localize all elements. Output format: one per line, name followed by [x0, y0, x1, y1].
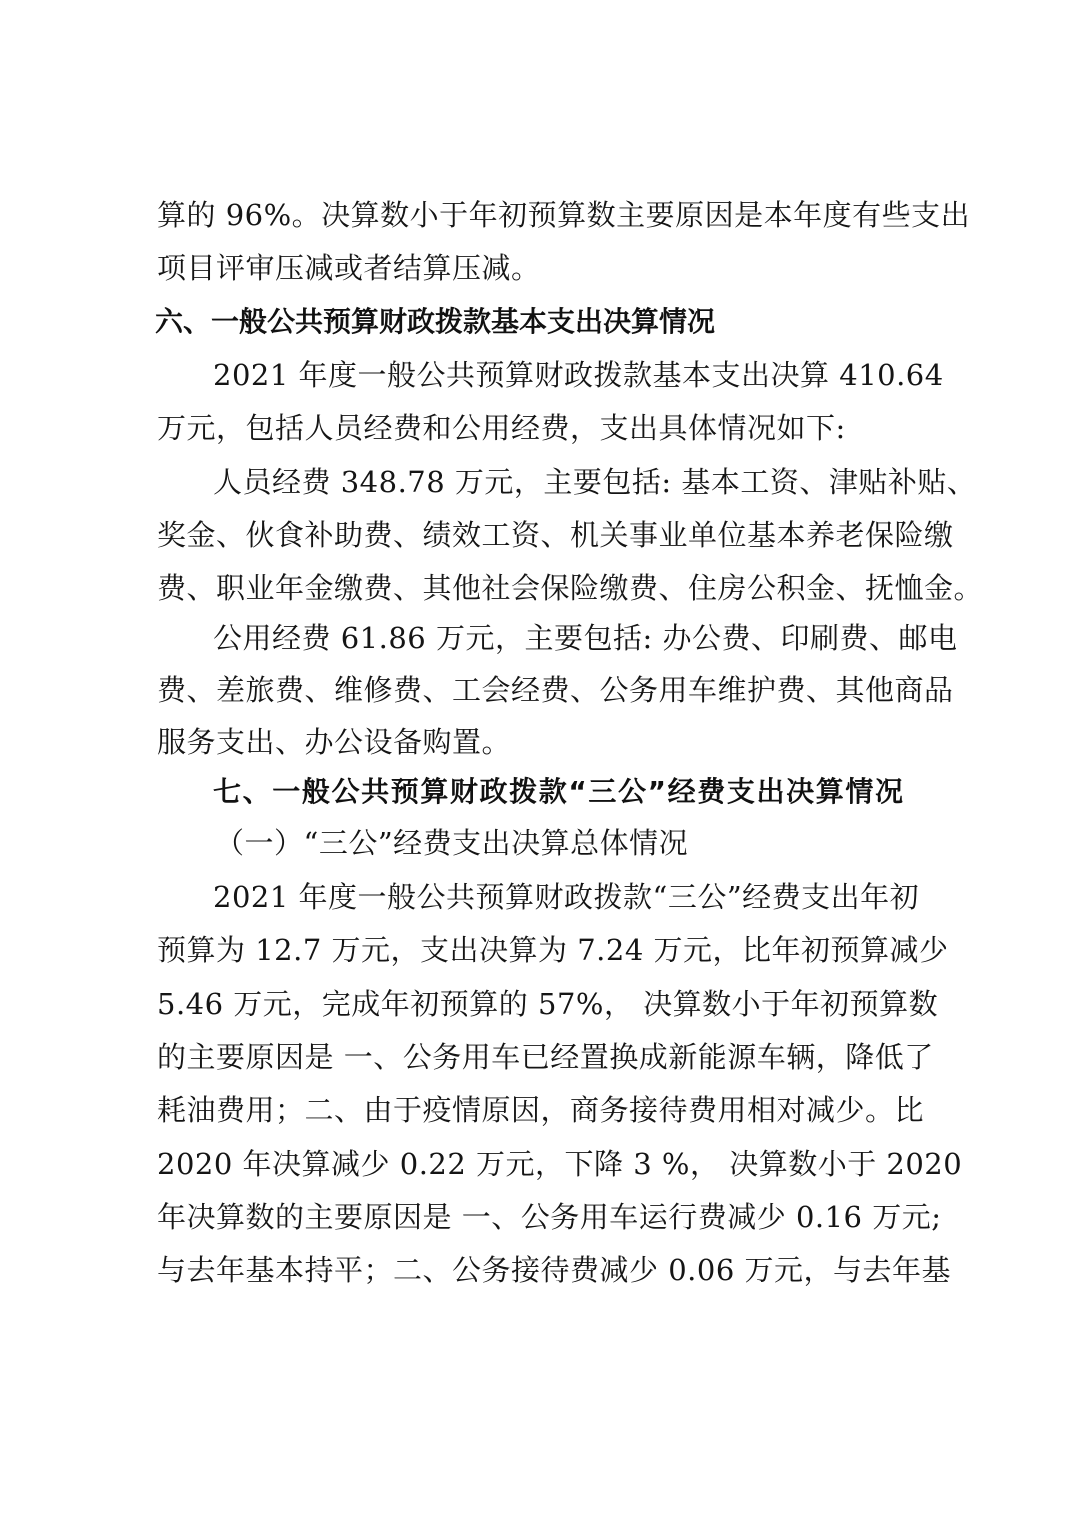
paragraph-line: 公用经费 61.86 万元，主要包括: 办公费、印刷费、邮电	[213, 620, 919, 656]
paragraph-line: 2020 年决算减少 0.22 万元，下降 3 %， 决算数小于 2020	[157, 1146, 919, 1182]
paragraph-line: 算的 96%。决算数小于年初预算数主要原因是本年度有些支出	[157, 197, 919, 233]
paragraph-line: 项目评审压减或者结算压减。	[157, 250, 541, 286]
paragraph-line: 2021 年度一般公共预算财政拨款基本支出决算 410.64	[213, 357, 919, 393]
paragraph-line: 与去年基本持平；二、公务接待费减少 0.06 万元，与去年基	[157, 1252, 919, 1288]
paragraph-line: 人员经费 348.78 万元，主要包括: 基本工资、津贴补贴、	[213, 464, 919, 500]
paragraph-line: 费、差旅费、维修费、工会经费、公务用车维护费、其他商品	[157, 672, 919, 708]
paragraph-line: 耗油费用；二、由于疫情原因，商务接待费用相对减少。比	[157, 1092, 919, 1128]
paragraph-line: 费、职业年金缴费、其他社会保险缴费、住房公积金、抚恤金。	[157, 570, 919, 606]
paragraph-line: 的主要原因是 一、公务用车已经置换成新能源车辆，降低了	[157, 1039, 919, 1075]
document-page: 算的 96%。决算数小于年初预算数主要原因是本年度有些支出 项目评审压减或者结算…	[0, 0, 1074, 1520]
section-heading-6: 六、一般公共预算财政拨款基本支出决算情况	[155, 304, 715, 340]
paragraph-line: 奖金、伙食补助费、绩效工资、机关事业单位基本养老保险缴	[157, 517, 919, 553]
paragraph-line: 2021 年度一般公共预算财政拨款“三公”经费支出年初	[213, 879, 919, 915]
paragraph-line: 服务支出、办公设备购置。	[157, 724, 511, 760]
paragraph-line: 万元，包括人员经费和公用经费，支出具体情况如下:	[157, 410, 846, 446]
paragraph-line: 预算为 12.7 万元，支出决算为 7.24 万元，比年初预算减少	[157, 932, 919, 968]
paragraph-line: 5.46 万元，完成年初预算的 57%， 决算数小于年初预算数	[157, 986, 919, 1022]
section-heading-7: 七、一般公共预算财政拨款“三公”经费支出决算情况	[213, 774, 903, 810]
paragraph-line: 年决算数的主要原因是 一、公务用车运行费减少 0.16 万元;	[157, 1199, 919, 1235]
subsection-heading: （一）“三公”经费支出决算总体情况	[215, 825, 688, 861]
